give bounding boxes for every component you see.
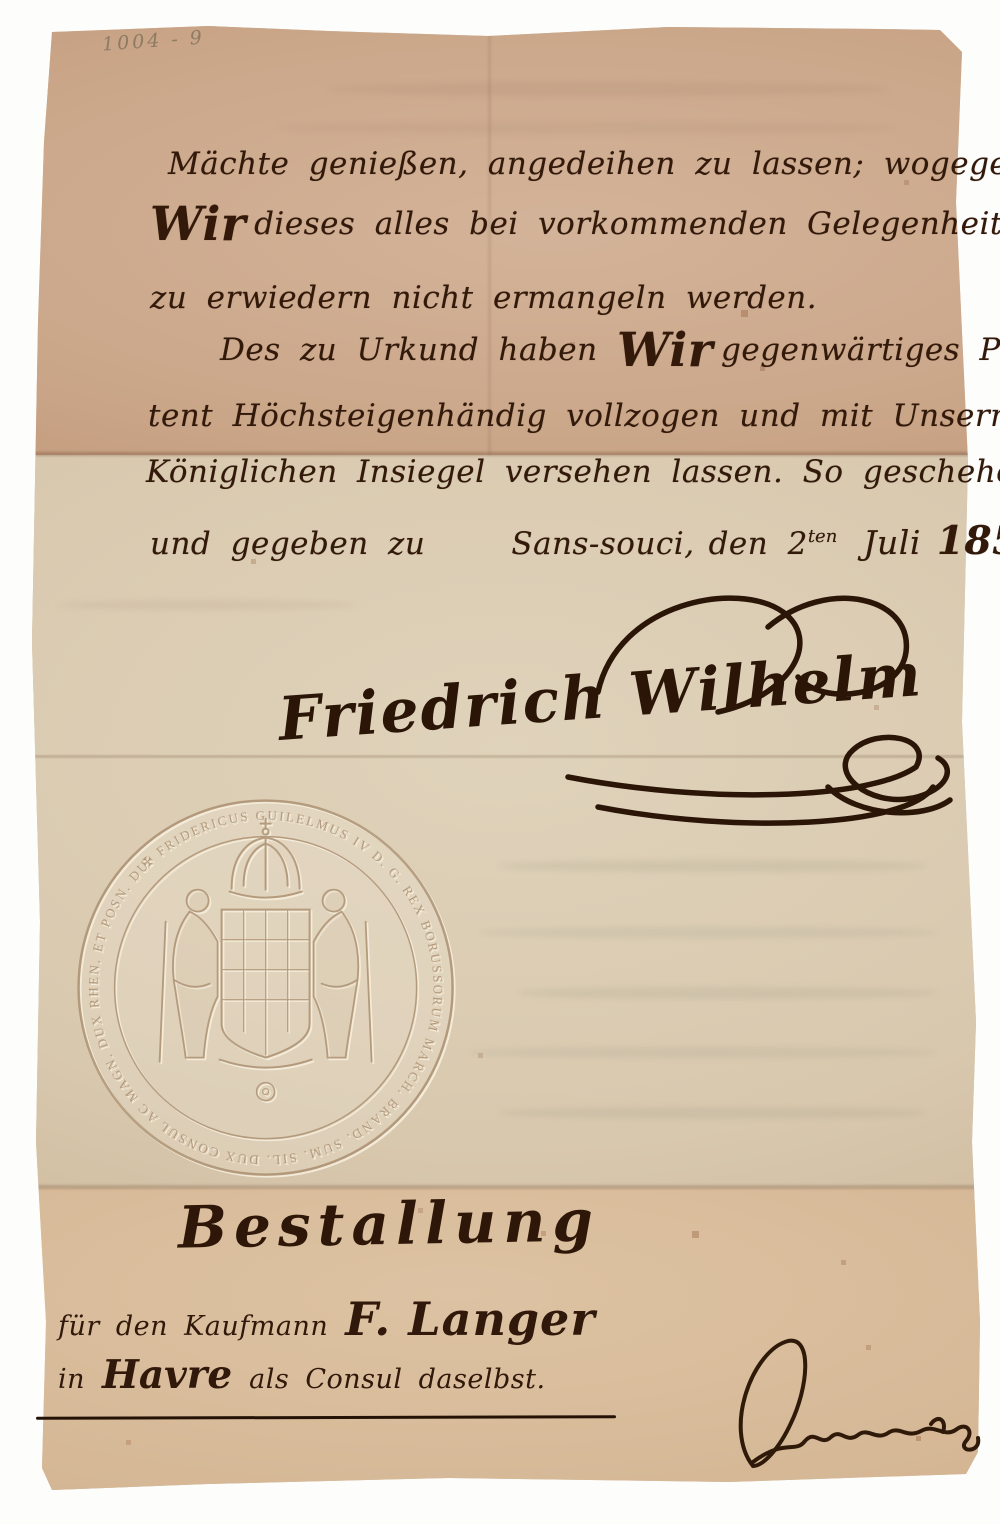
body-line-2: Wirdieses alles bei vorkommenden Gelegen…	[150, 206, 1000, 242]
body-line-2-initial-word: Wir	[150, 197, 246, 252]
body-line-5: tent Höchsteigenhändig vollzogen und mit…	[148, 398, 1000, 434]
signature-name-text: Friedrich Wilhelm	[274, 640, 925, 755]
docket-line-place-office: in Havre als Consul daselbst.	[58, 1352, 546, 1398]
foxing-spots	[28, 22, 29, 23]
docket-place-name: Havre	[102, 1352, 232, 1398]
year-number: 1851.	[937, 518, 1000, 564]
countersignature	[695, 1328, 995, 1478]
place-name: Sans-souci,	[511, 526, 694, 562]
body-line-7-place-date: und gegeben zuSans-souci,den 2tenJuli185…	[150, 518, 1000, 564]
date-superscript: ten	[808, 526, 837, 547]
document-scan: 1004 - 9 ✠ FRIDERICUS GUILELMUS IV D. G.…	[0, 0, 1000, 1524]
month-name: Juli	[863, 523, 921, 562]
royal-signature: Friedrich Wilhelm	[268, 572, 958, 822]
body-line-3: zu erwiedern nicht ermangeln werden.	[150, 280, 817, 316]
body-line-4: Des zu Urkund haben Wirgegenwärtiges Pa.	[220, 332, 1000, 368]
recipient-name: F. Langer	[345, 1292, 595, 1346]
docket-line-recipient: für den Kaufmann F. Langer	[58, 1292, 596, 1346]
body-line-1: Mächte genießen, angedeihen zu lassen; w…	[168, 146, 1000, 182]
embossed-royal-seal: ✠ FRIDERICUS GUILELMUS IV D. G. REX BORU…	[70, 792, 462, 1184]
body-line-4-royal-we: Wir	[617, 323, 713, 378]
body-line-6: Königlichen Insiegel versehen lassen. So…	[146, 454, 1000, 490]
docket-title: Bestallung	[177, 1186, 600, 1261]
